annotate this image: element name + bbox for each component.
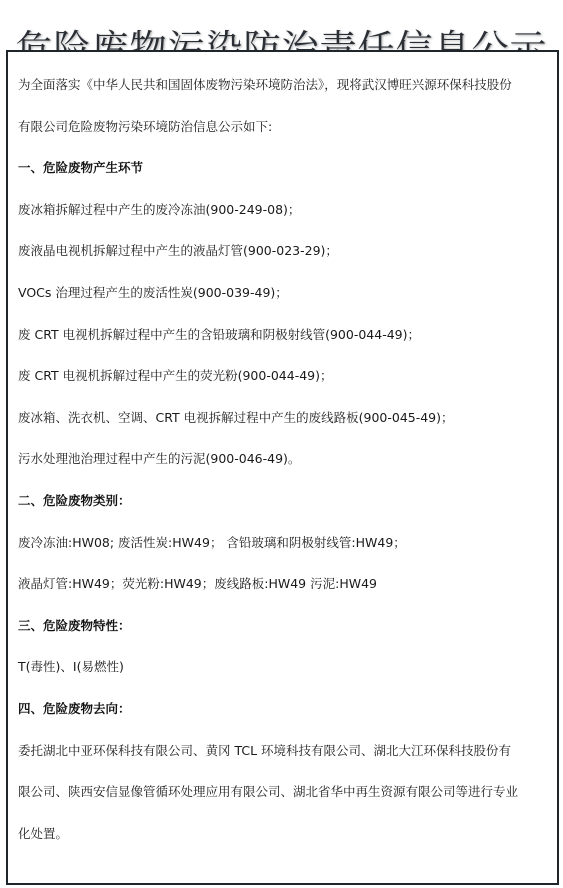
list-item: 废 CRT 电视机拆解过程中产生的荧光粉(900-044-49)；	[18, 355, 553, 397]
paragraph-line: 委托湖北中亚环保科技有限公司、黄冈 TCL 环境科技有限公司、湖北大江环保科技股…	[18, 730, 553, 772]
intro-line: 为全面落实《中华人民共和国固体废物污染环境防治法》，现将武汉博旺兴源环保科技股份	[18, 64, 553, 106]
list-item: 废液晶电视机拆解过程中产生的液晶灯管(900-023-29)；	[18, 230, 553, 272]
list-item: 废 CRT 电视机拆解过程中产生的含铅玻璃和阴极射线管(900-044-49)；	[18, 314, 553, 356]
paragraph-line: 化处置。	[18, 813, 553, 855]
section-heading-destination: 四、危险废物去向：	[18, 688, 553, 730]
notice-box: 为全面落实《中华人民共和国固体废物污染环境防治法》，现将武汉博旺兴源环保科技股份…	[6, 50, 559, 885]
intro-line: 有限公司危险废物污染环境防治信息公示如下:	[18, 106, 553, 148]
list-item: 废冰箱、洗衣机、空调、CRT 电视拆解过程中产生的废线路板(900-045-49…	[18, 397, 553, 439]
notice-body: 为全面落实《中华人民共和国固体废物污染环境防治法》，现将武汉博旺兴源环保科技股份…	[18, 64, 553, 854]
section-heading-category: 二、危险废物类别：	[18, 480, 553, 522]
list-item: 废冰箱拆解过程中产生的废冷冻油(900-249-08)；	[18, 189, 553, 231]
list-item: 废冷冻油:HW08; 废活性炭:HW49； 含铅玻璃和阴极射线管:HW49；	[18, 522, 553, 564]
section-heading-generation: 一、危险废物产生环节	[18, 147, 553, 189]
list-item: T(毒性)、I(易燃性)	[18, 646, 553, 688]
section-heading-properties: 三、危险废物特性：	[18, 605, 553, 647]
paragraph-line: 限公司、陕西安信显像管循环处理应用有限公司、湖北省华中再生资源有限公司等进行专业	[18, 771, 553, 813]
list-item: VOCs 治理过程产生的废活性炭(900-039-49)；	[18, 272, 553, 314]
list-item: 液晶灯管:HW49；荧光粉:HW49；废线路板:HW49 污泥:HW49	[18, 563, 553, 605]
list-item: 污水处理池治理过程中产生的污泥(900-046-49)。	[18, 438, 553, 480]
